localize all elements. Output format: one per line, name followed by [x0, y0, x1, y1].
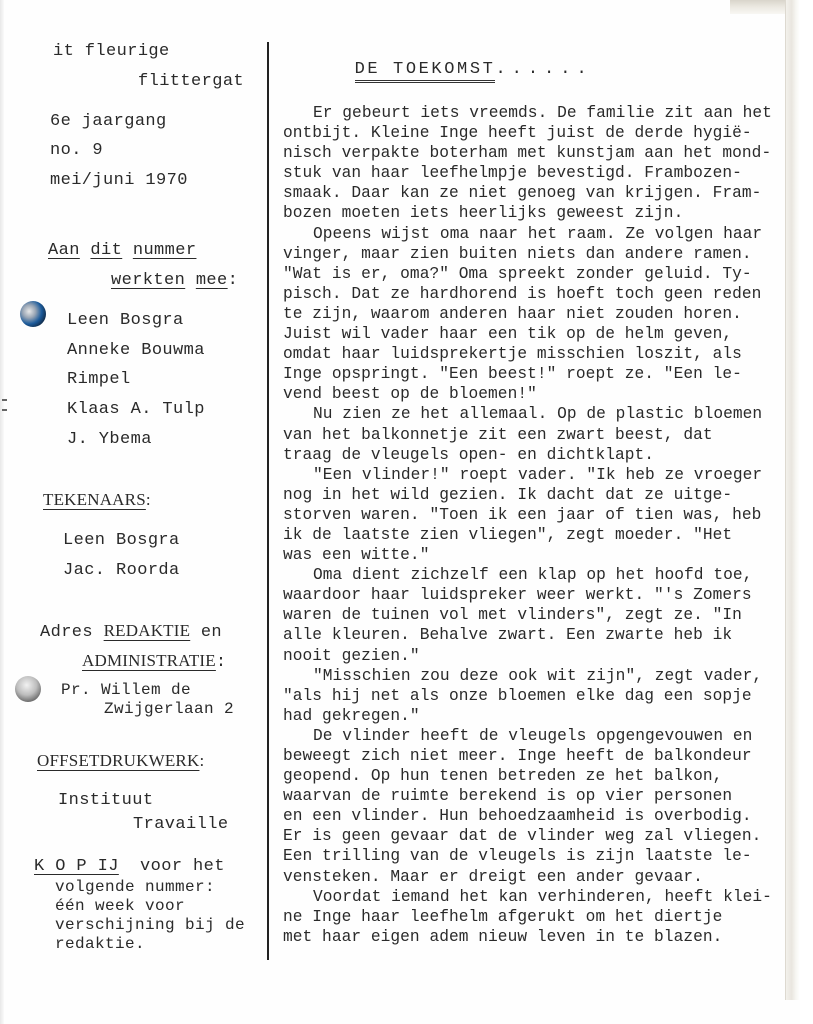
text-line: Een trilling van de vleugels is zijn laa…: [283, 846, 783, 866]
text-line: te zijn, waarom anderen haar niet zouden…: [283, 304, 783, 324]
text-line: nisch verpakte boterham met kunstjam aan…: [283, 143, 783, 163]
text-line: omdat haar luidsprekertje misschien losz…: [283, 344, 783, 364]
text-line: stuk van haar leefhelmpje bevestigd. Fra…: [283, 163, 783, 183]
text-line: nog in het wild gezien. Ik dacht dat ze …: [283, 485, 783, 505]
issue-date: mei/juni 1970: [50, 171, 188, 191]
paragraph-start-line: Opeens wijst oma naar het raam. Ze volge…: [283, 224, 783, 244]
paragraph-start-line: "Misschien zou deze ook wit zijn", zegt …: [283, 666, 783, 686]
text-line: Inge opspringt. "Een beest!" roept ze. "…: [283, 364, 783, 384]
text-line: vensteken. Maar er dreigt een ander geva…: [283, 867, 783, 887]
volume: 6e jaargang: [50, 112, 167, 132]
issue-number: no. 9: [50, 141, 103, 161]
text-line: "Wat is er, oma?" Oma spreekt zonder gel…: [283, 264, 783, 284]
copy-deadline-line2: volgende nummer:: [55, 878, 215, 897]
text-line: alle kleuren. Behalve zwart. Een zwarte …: [283, 625, 783, 645]
article-title-dots: ......: [495, 60, 592, 79]
paragraph-start-line: Nu zien ze het allemaal. Op de plastic b…: [283, 404, 783, 424]
text-line: vinger, maar zien buiten niets dan ander…: [283, 244, 783, 264]
text-line: vend beest op de bloemen!": [283, 384, 783, 404]
paragraph-start-line: Voordat iemand het kan verhinderen, heef…: [283, 887, 783, 907]
text-line: en een vlinder. Hun behoedzaamheid is ov…: [283, 806, 783, 826]
text-line: beweegt zich niet meer. Inge heeft de ba…: [283, 746, 783, 766]
page-left-edge: [0, 0, 4, 1024]
paragraph-start-line: Er gebeurt iets vreemds. De familie zit …: [283, 103, 783, 123]
text-line: pisch. Dat ze hardhorend is hoeft toch g…: [283, 284, 783, 304]
column-divider: [267, 42, 269, 960]
address-line2: Zwijgerlaan 2: [104, 700, 234, 719]
illustrator-name: Jac. Roorda: [63, 561, 180, 581]
text-line: was een witte.": [283, 545, 783, 565]
contributor-name: Rimpel: [67, 370, 131, 390]
text-line: ontbijt. Kleine Inge heeft juist de derd…: [283, 123, 783, 143]
document-page: it fleurige flittergat 6e jaargang no. 9…: [0, 0, 800, 1024]
illustrator-name: Leen Bosgra: [63, 531, 180, 551]
paragraph-start-line: "Een vlinder!" roept vader. "Ik heb ze v…: [283, 465, 783, 485]
address-heading-line1: Adres REDAKTIE en: [40, 621, 222, 643]
text-line: bozen moeten iets heerlijks geweest zijn…: [283, 203, 783, 223]
margin-mark: [2, 409, 7, 411]
copy-deadline-line4: verschijning bij de: [55, 916, 245, 935]
illustrators-heading: TEKENAARS:: [43, 490, 151, 510]
masthead-title-line2: flittergat: [138, 72, 244, 92]
article-title: DE TOEKOMST: [355, 60, 496, 83]
margin-mark: [2, 399, 7, 401]
contributors-heading-line1: Aan dit nummer: [48, 241, 196, 261]
text-line: traag de vleugels open- en dichtklapt.: [283, 445, 783, 465]
text-line: van het balkonnetje zit een zwart beest,…: [283, 425, 783, 445]
text-line: met haar eigen adem nieuw leven in te bl…: [283, 927, 783, 947]
masthead-title-line1: it fleurige: [53, 42, 170, 62]
paragraph-start-line: De vlinder heeft de vleugels opgengevouw…: [283, 726, 783, 746]
copy-deadline-line1: K O P IJ voor het: [34, 857, 225, 877]
text-line: Er is geen gevaar dat de vlinder weg zal…: [283, 826, 783, 846]
contributor-name: J. Ybema: [67, 430, 152, 450]
punch-hole-icon: [15, 676, 41, 702]
copy-deadline-line3: één week voor: [55, 897, 185, 916]
text-line: ik de laatste zien vliegen", zegt moeder…: [283, 525, 783, 545]
text-line: geopend. Op hun tenen betreden ze het ba…: [283, 766, 783, 786]
address-line1: Pr. Willem de: [61, 681, 191, 700]
text-line: waren de tuinen vol met vlinders", zegt …: [283, 605, 783, 625]
paragraph-start-line: Oma dient zichzelf een klap op het hoofd…: [283, 565, 783, 585]
contributor-name: Anneke Bouwma: [67, 341, 205, 361]
address-heading-line2: ADMINISTRATIE:: [82, 651, 226, 673]
text-line: storven waren. "Toen ik een jaar of tien…: [283, 505, 783, 525]
text-line: waarvan de ruimte berekend is op vier pe…: [283, 786, 783, 806]
text-line: waardoor haar luidspreker weer werkt. "'…: [283, 585, 783, 605]
text-line: nooit gezien.": [283, 646, 783, 666]
printer-line2: Travaille: [133, 815, 228, 835]
text-line: smaak. Daar kan ze niet genoeg van krijg…: [283, 183, 783, 203]
article: DE TOEKOMST...... Er gebeurt iets vreemd…: [283, 42, 783, 947]
text-line: "als hij net als onze bloemen elke dag e…: [283, 686, 783, 706]
copy-deadline-line5: redaktie.: [55, 935, 145, 954]
text-line: Juist wil vader haar een tik op de helm …: [283, 324, 783, 344]
text-line: ne Inge haar leefhelm afgerukt om het di…: [283, 907, 783, 927]
article-heading: DE TOEKOMST......: [297, 42, 783, 101]
printing-heading: OFFSETDRUKWERK:: [37, 751, 204, 771]
contributor-name: Leen Bosgra: [67, 311, 184, 331]
contributors-heading-line2: werkten mee:: [111, 271, 238, 291]
contributor-name: Klaas A. Tulp: [67, 400, 205, 420]
paper-stack-edge: [785, 0, 800, 1000]
article-body: Er gebeurt iets vreemds. De familie zit …: [283, 103, 783, 947]
text-line: had gekregen.": [283, 706, 783, 726]
punch-hole-icon: [20, 301, 46, 327]
printer-line1: Instituut: [58, 791, 153, 811]
